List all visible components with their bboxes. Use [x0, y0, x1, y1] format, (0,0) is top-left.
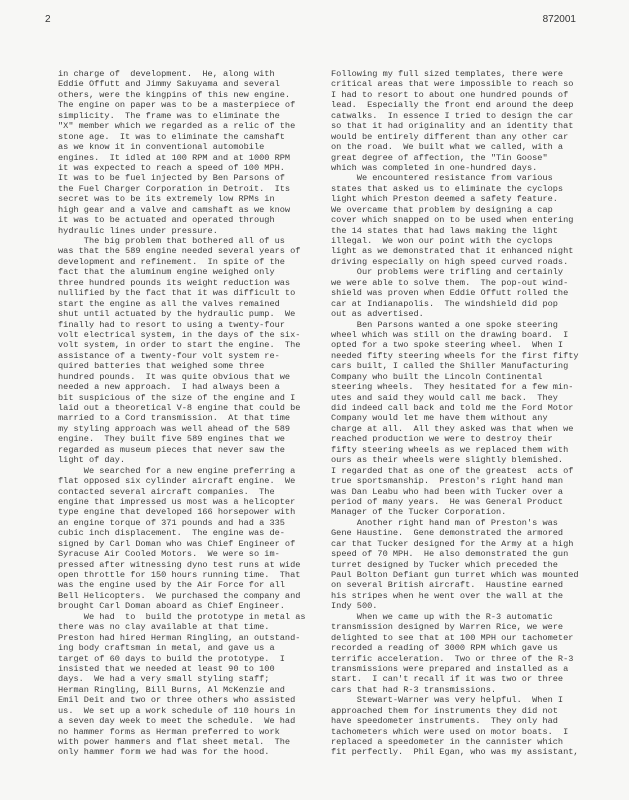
text-line: Preston had hired Herman Ringling, an ou…: [58, 633, 306, 643]
text-line: so that it had originality and an identi…: [331, 121, 579, 131]
text-line: out as advertised.: [331, 309, 579, 319]
text-line: terrific acceleration. Two or three of t…: [331, 654, 579, 664]
text-line: engine. They built five 589 engines that…: [58, 434, 306, 444]
text-line: shut until actuated by the hydraulic pum…: [58, 309, 306, 319]
text-line: delighted to see that at 100 MPH our tac…: [331, 633, 579, 643]
text-line: which was completed in one-hundred days.: [331, 163, 579, 173]
text-line: light as we demonstrated that it enhance…: [331, 246, 579, 256]
text-line: the Fuel Charger Corporation in Detroit.…: [58, 184, 306, 194]
text-line: fact that the aluminum engine weighed on…: [58, 267, 306, 277]
text-line: insisted that we needed at least 90 to 1…: [58, 664, 306, 674]
text-line: When we came up with the R-3 automatic: [331, 612, 579, 622]
text-line: would be entirely different than any oth…: [331, 132, 579, 142]
text-line: Ben Parsons wanted a one spoke steering: [331, 320, 579, 330]
text-line: fifty steering wheels as we replaced the…: [331, 445, 579, 455]
text-line: shield was proven when Eddie Offutt roll…: [331, 288, 579, 298]
text-line: engines. It idled at 100 RPM and at 1000…: [58, 153, 306, 163]
text-line: I had to resort to about one hundred pou…: [331, 90, 579, 100]
text-line: others, were the kingpins of this new en…: [58, 90, 306, 100]
text-line: was Dan Leabu who had been with Tucker o…: [331, 487, 579, 497]
text-line: Paul Bolton Defiant gun turret which was…: [331, 570, 579, 580]
text-line: have speedometer instruments. They only …: [331, 716, 579, 726]
text-line: critical areas that were impossible to r…: [331, 79, 579, 89]
text-line: laid out a theoretical V-8 engine that c…: [58, 403, 306, 413]
text-line: engine that impressed us most was a heli…: [58, 497, 306, 507]
text-line: utes and said they would call me back. T…: [331, 393, 579, 403]
text-line: bit suspicious of the size of the engine…: [58, 393, 306, 403]
text-line: ing body craftsman in metal, and gave us…: [58, 643, 306, 653]
text-line: The engine on paper was to be a masterpi…: [58, 100, 306, 110]
text-line: start the engine as all the valves remai…: [58, 299, 306, 309]
text-line: open throttle for 150 hours running time…: [58, 570, 306, 580]
text-line: great degree of affection, the "Tin Goos…: [331, 153, 579, 163]
text-line: it was expected to reach a speed of 100 …: [58, 163, 306, 173]
text-line: married to a Cord transmission. At that …: [58, 413, 306, 423]
text-line: Stewart-Warner was very helpful. When I: [331, 695, 579, 705]
text-line: his stripes when he went over the wall a…: [331, 591, 579, 601]
text-line: we were able to solve them. The pop-out …: [331, 278, 579, 288]
text-line: Gene Haustine. Gene demonstrated the arm…: [331, 528, 579, 538]
text-line: Bell Helicopters. We purchased the compa…: [58, 591, 306, 601]
text-line: us. We set up a work schedule of 110 hou…: [58, 706, 306, 716]
text-line: period of many years. He was General Pro…: [331, 497, 579, 507]
text-line: my styling approach was well ahead of th…: [58, 424, 306, 434]
text-line: cars that had R-3 transmissions.: [331, 685, 579, 695]
text-line: Eddie Offutt and Jimmy Sakuyama and seve…: [58, 79, 306, 89]
right-column: Following my full sized templates, there…: [331, 69, 579, 758]
text-line: Company who built the Lincoln Continenta…: [331, 372, 579, 382]
text-line: needed a new approach. I had always been…: [58, 382, 306, 392]
text-line: on several British aircraft. Haustine ea…: [331, 580, 579, 590]
text-line: We searched for a new engine preferring …: [58, 466, 306, 476]
text-line: it was to be actuated and operated throu…: [58, 215, 306, 225]
text-line: three hundred pounds its weight reductio…: [58, 278, 306, 288]
text-line: steering wheels. They hesitated for a fe…: [331, 382, 579, 392]
text-line: Emil Deit and two or three others who as…: [58, 695, 306, 705]
text-line: pressed after witnessing dyno test runs …: [58, 560, 306, 570]
text-line: volt electrical system, in the days of t…: [58, 330, 306, 340]
text-line: flat opposed six cylinder aircraft engin…: [58, 476, 306, 486]
text-line: replaced a speedometer in the cannister …: [331, 737, 579, 747]
text-line: assistance of a twenty-four volt system …: [58, 351, 306, 361]
text-line: needed fifty steering wheels for the fir…: [331, 351, 579, 361]
text-line: signed by Carl Doman who was Chief Engin…: [58, 539, 306, 549]
text-line: We overcame that problem by designing a …: [331, 205, 579, 215]
text-line: approached them for instruments they did…: [331, 706, 579, 716]
text-line: finally had to resort to using a twenty-…: [58, 320, 306, 330]
text-line: hydraulic lines under pressure.: [58, 226, 306, 236]
text-line: light of day.: [58, 455, 306, 465]
left-column: in charge of development. He, along with…: [58, 69, 306, 758]
text-line: nullified by the fact that it was diffic…: [58, 288, 306, 298]
text-line: I regarded that as one of the greatest a…: [331, 466, 579, 476]
text-line: It was to be fuel injected by Ben Parson…: [58, 173, 306, 183]
text-line: wheel which was still on the drawing boa…: [331, 330, 579, 340]
text-line: a seven day week to meet the schedule. W…: [58, 716, 306, 726]
text-line: lead. Especially the front end around th…: [331, 100, 579, 110]
text-line: an engine torque of 371 pounds and had a…: [58, 518, 306, 528]
text-line: states that asked us to eliminate the cy…: [331, 184, 579, 194]
text-line: light which Preston deemed a safety feat…: [331, 194, 579, 204]
text-line: We encountered resistance from various: [331, 173, 579, 183]
text-line: Syracuse Air Cooled Motors. We were so i…: [58, 549, 306, 559]
text-line: days. We had a very small styling staff;: [58, 674, 306, 684]
text-line: regarded as museum pieces that never saw…: [58, 445, 306, 455]
text-line: transmissions were prepared and installe…: [331, 664, 579, 674]
text-line: on the road. We built what we called, wi…: [331, 142, 579, 152]
text-line: The big problem that bothered all of us: [58, 236, 306, 246]
text-line: high gear and a valve and camshaft as we…: [58, 205, 306, 215]
text-line: brought Carl Doman aboard as Chief Engin…: [58, 601, 306, 611]
text-line: cubic inch displacement. The engine was …: [58, 528, 306, 538]
text-line: Following my full sized templates, there…: [331, 69, 579, 79]
text-line: as we know it in conventional automobile: [58, 142, 306, 152]
text-line: car at Indianapolis. The windshield did …: [331, 299, 579, 309]
text-line: tachometers which were used on motor boa…: [331, 727, 579, 737]
text-line: start. I can't recall if it was two or t…: [331, 674, 579, 684]
text-line: recorded a reading of 3000 RPM which gav…: [331, 643, 579, 653]
text-line: ours as their wheels were slightly blemi…: [331, 455, 579, 465]
text-line: secret was to be its extremely low RPMs …: [58, 194, 306, 204]
text-line: driving especially on high speed curved …: [331, 257, 579, 267]
text-line: stone age. It was to eliminate the camsh…: [58, 132, 306, 142]
text-line: simplicity. The frame was to eliminate t…: [58, 111, 306, 121]
text-line: speed of 70 MPH. He also demonstrated th…: [331, 549, 579, 559]
text-line: reached production we were to destroy th…: [331, 434, 579, 444]
text-line: contacted several aircraft companies. Th…: [58, 487, 306, 497]
text-line: cover which snapped on to be used when e…: [331, 215, 579, 225]
text-line: no hammer forms as Herman preferred to w…: [58, 727, 306, 737]
text-line: turret designed by Tucker which preceded…: [331, 560, 579, 570]
text-line: fit perfectly. Phil Egan, who was my ass…: [331, 747, 579, 757]
text-line: in charge of development. He, along with: [58, 69, 306, 79]
text-line: quired batteries that weighed some three: [58, 361, 306, 371]
text-line: development and refinement. In spite of …: [58, 257, 306, 267]
text-line: car that Tucker designed for the Army at…: [331, 539, 579, 549]
text-line: Herman Ringling, Bill Burns, Al McKenzie…: [58, 685, 306, 695]
text-line: was that the 589 engine needed several y…: [58, 246, 306, 256]
text-line: "X" member which we regarded as a relic …: [58, 121, 306, 131]
text-line: there was no clay available at that time…: [58, 622, 306, 632]
text-line: opted for a two spoke steering wheel. Wh…: [331, 340, 579, 350]
text-line: Another right hand man of Preston's was: [331, 518, 579, 528]
text-line: was the engine used by the Air Force for…: [58, 580, 306, 590]
text-line: the 14 states that had laws making the l…: [331, 226, 579, 236]
text-line: Our problems were trifling and certainly: [331, 267, 579, 277]
text-line: with power hammers and flat sheet metal.…: [58, 737, 306, 747]
text-line: type engine that developed 166 horsepowe…: [58, 507, 306, 517]
text-line: did indeed call back and told me the For…: [331, 403, 579, 413]
text-line: transmission designed by Warren Rice, we…: [331, 622, 579, 632]
text-line: Manager of the Tucker Corporation.: [331, 507, 579, 517]
text-line: We had to build the prototype in metal a…: [58, 612, 306, 622]
text-line: hundred pounds. It was quite obvious tha…: [58, 372, 306, 382]
text-line: volt system, in order to start the engin…: [58, 340, 306, 350]
text-line: only hammer form we had was for the hood…: [58, 747, 306, 757]
text-line: cars built, I called the Shiller Manufac…: [331, 361, 579, 371]
text-line: illegal. We won our point with the cyclo…: [331, 236, 579, 246]
text-line: charge at all. All they asked was that w…: [331, 424, 579, 434]
text-line: target of 60 days to build the prototype…: [58, 654, 306, 664]
text-line: true sportsmanship. Preston's right hand…: [331, 476, 579, 486]
text-line: Company would let me have them without a…: [331, 413, 579, 423]
text-line: Indy 500.: [331, 601, 579, 611]
page-number: 2: [45, 14, 51, 25]
document-id: 872001: [543, 14, 576, 25]
text-line: catwalks. In essence I tried to design t…: [331, 111, 579, 121]
